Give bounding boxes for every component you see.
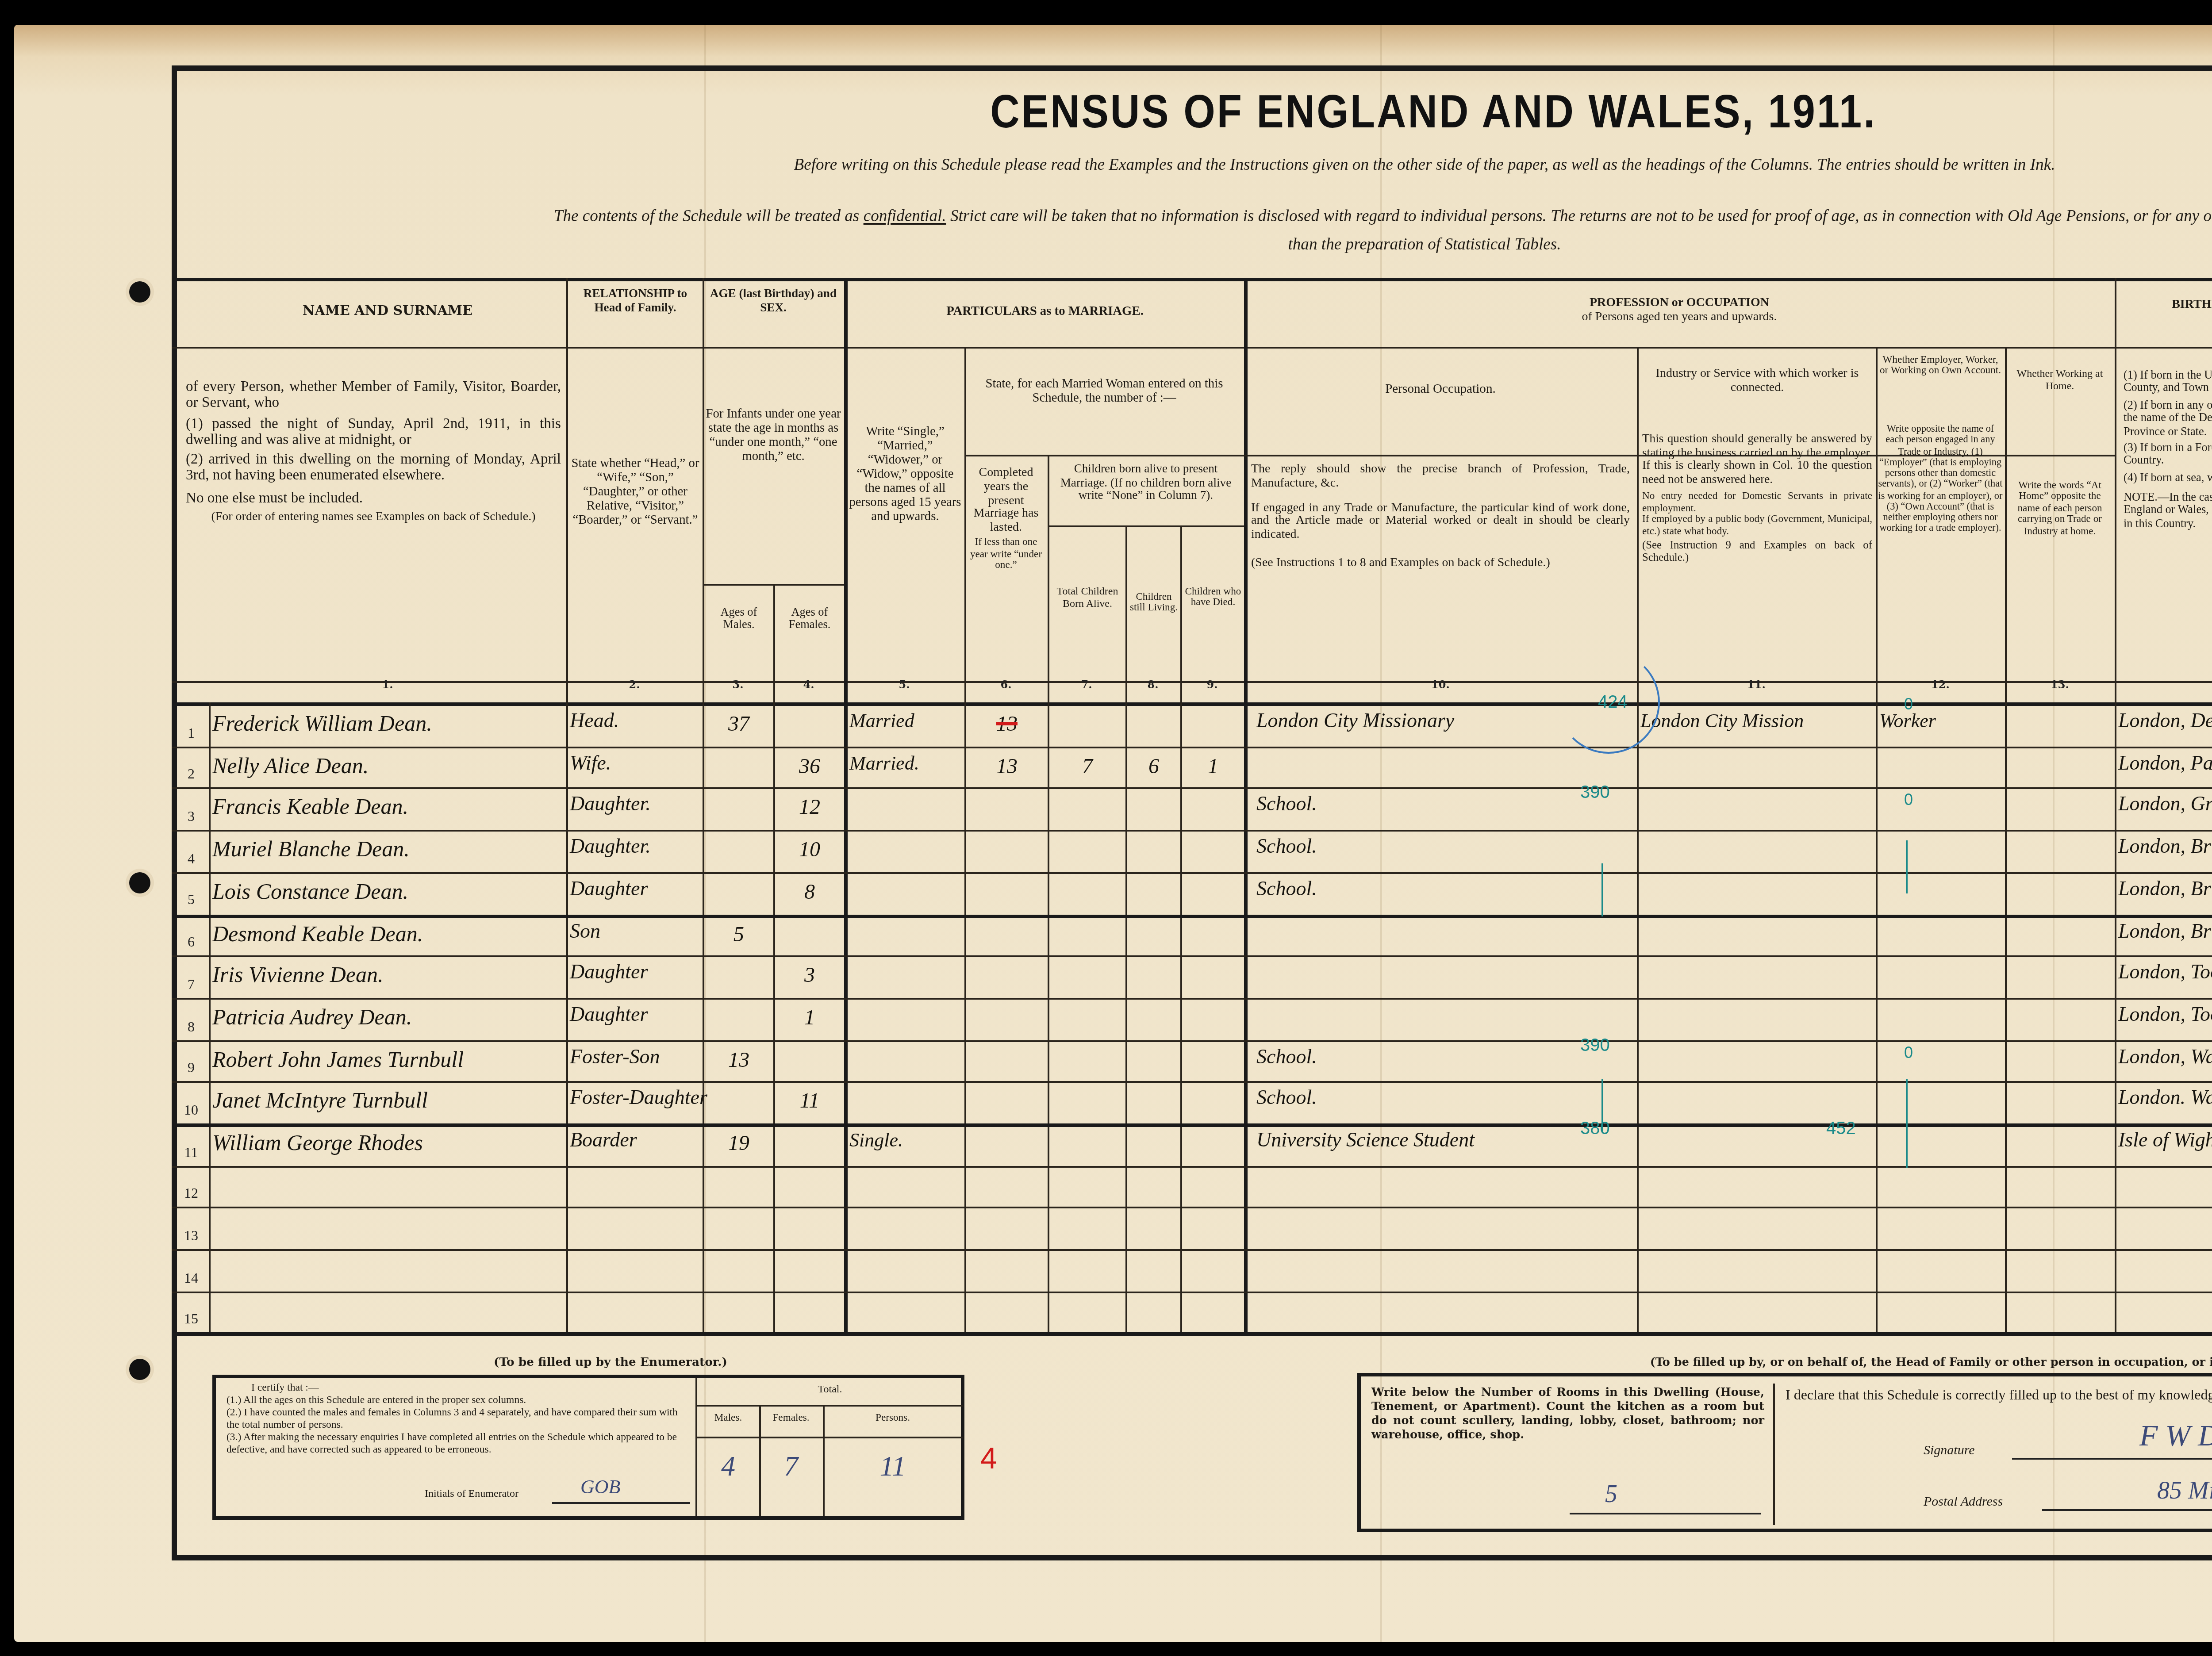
header-children-born: Total Children Born Alive. [1049,587,1125,611]
table-row[interactable]: 1Frederick William Dean.Head.37Married13… [0,704,2212,746]
header-name: NAME AND SURNAME [209,304,566,319]
occupation-code-annotation: 390 [1580,785,1610,804]
table-row[interactable]: 10Janet McIntyre TurnbullFoster-Daughter… [0,1081,2212,1123]
employment-code-annotation: 0 [1904,1043,1913,1061]
table-row[interactable]: 7Iris Vivienne Dean.Daughter3London, Too… [0,956,2212,998]
cell-age-female[interactable]: 8 [775,879,844,905]
age-subdivider [703,584,844,586]
table-row[interactable]: 9Robert John James TurnbullFoster-Son13S… [0,1039,2212,1081]
header-home-desc: Write the words “At Home” opposite the n… [2007,481,2113,539]
header-divider [172,347,2212,349]
table-row[interactable]: 11William George RhodesBoarder19Single.U… [0,1123,2212,1165]
occupation-code-annotation: 380 [1580,1120,1610,1139]
row-number: 4 [173,851,209,866]
col-number-8: 8. [1125,679,1180,692]
col-number-6: 6. [964,679,1048,692]
cell-relationship[interactable]: Wife. [570,753,704,774]
occupation-code-annotation: 390 [1580,1036,1610,1055]
row-number: 11 [173,1144,209,1160]
cell-industry[interactable]: London City Mission [1640,711,1874,732]
cell-age-female[interactable]: 12 [775,795,844,822]
cell-birthplace[interactable]: London, Tooting. [2118,1005,2212,1026]
header-birthplace: BIRTHPLACE of every person. [2116,299,2212,313]
instruction-line-2: The contents of the Schedule will be tre… [186,209,2212,226]
header-personal-desc: The reply should show the precise branch… [1251,464,1630,571]
head-of-family-box: Write below the Number of Rooms in this … [1357,1373,2212,1532]
header-birthplace-desc: (1) If born in the United Kingdom, write… [2124,370,2212,531]
blue-circle-mark [1557,651,1660,754]
signature-value[interactable]: F W Dean [2139,1419,2212,1454]
cell-relationship[interactable]: Daughter [570,879,704,900]
table-top-rule [172,278,2212,281]
cell-birthplace[interactable]: London, Tooting. [2118,963,2212,984]
cell-age-female[interactable]: 36 [775,753,844,780]
cell-children-living[interactable]: 6 [1127,753,1180,780]
row-number: 7 [173,977,209,993]
header-age-males: Ages of Males. [704,607,773,633]
cell-marital-condition[interactable]: Married [849,711,963,732]
header-marriage: PARTICULARS as to MARRIAGE. [846,304,1244,318]
confidential-emphasis: confidential. [864,209,946,226]
cell-age-female[interactable]: 1 [775,1005,844,1031]
cell-name[interactable]: Frederick William Dean. [212,711,566,738]
table-row[interactable]: 3Francis Keable Dean.Daughter.12School.L… [0,788,2212,830]
cell-marital-condition[interactable]: Married. [849,753,963,774]
employment-code-annotation: 0 [1904,695,1913,713]
cell-relationship[interactable]: Son [570,921,704,942]
header-occupation: PROFESSION or OCCUPATION of Persons aged… [1246,297,2113,325]
total-females-label: Females. [759,1414,823,1426]
cell-personal-occupation[interactable]: School. [1249,837,1642,858]
cell-age-male[interactable]: 19 [704,1131,773,1157]
cell-relationship[interactable]: Head. [570,711,704,732]
header-industry-desc: This question should generally be answer… [1642,433,1872,567]
married-woman-subdivider [964,455,1244,456]
page-title: CENSUS OF ENGLAND AND WALES, 1911. [779,85,2088,140]
cell-name[interactable]: William George Rhodes [212,1131,566,1157]
row-number: 9 [173,1060,209,1076]
col-number-9: 9. [1180,679,1244,692]
total-persons-label: Persons. [823,1414,963,1426]
header-name-desc: of every Person, whether Member of Famil… [186,379,561,525]
col-number-2: 2. [566,679,703,692]
rooms-value[interactable]: 5 [1605,1483,1617,1511]
table-row[interactable]: 12 [0,1165,2212,1207]
cell-name[interactable]: Robert John James Turnbull [212,1046,566,1073]
header-industry: Industry or Service with which worker is… [1640,368,1874,396]
ditto-stroke [1906,840,1908,893]
col-number-1: 1. [209,679,566,692]
col-number-13: 13. [2005,679,2115,692]
row-number: 14 [173,1270,209,1286]
total-males-value[interactable]: 4 [697,1453,759,1484]
cell-relationship[interactable]: Daughter. [570,837,704,858]
cell-name[interactable]: Patricia Audrey Dean. [212,1005,566,1031]
table-row[interactable]: 5Lois Constance Dean.Daughter8School.Lon… [0,872,2212,914]
header-personal-occupation: Personal Occupation. [1248,382,1633,397]
ditto-stroke [1601,1079,1603,1132]
census-schedule-page: CENSUS OF ENGLAND AND WALES, 1911. Befor… [0,0,2212,1656]
ditto-stroke [1906,1132,1908,1168]
table-row[interactable]: 13 [0,1207,2212,1250]
col-number-3: 3. [703,679,773,692]
signature-label: Signature [1924,1442,1975,1458]
row-number: 10 [173,1102,209,1118]
total-males-label: Males. [697,1414,759,1426]
postal-address-label: Postal Address [1924,1493,2003,1509]
header-relationship-desc: State whether “Head,” or “Wife,” “Son,” … [570,456,701,528]
signature-line [2012,1458,2212,1460]
row-number: 5 [173,893,209,908]
cell-age-male[interactable]: 13 [704,1046,773,1073]
total-label: Total. [697,1385,963,1398]
cell-marriage-years[interactable]: 13 [966,711,1048,738]
header-children-died: Children who have Died. [1182,587,1244,610]
table-row[interactable]: 2Nelly Alice Dean.Wife.36Married.13761Lo… [0,746,2212,788]
cell-birthplace[interactable]: London, Paddington. [2118,753,2212,774]
binding-hole-icon [129,1359,150,1380]
header-age-females: Ages of Females. [775,607,844,633]
header-employer: Whether Employer, Worker, or Working on … [1878,356,2003,379]
binding-hole-icon [129,281,150,303]
header-children-living: Children still Living. [1127,593,1180,616]
enumerator-certify: I certify that :— (1.) All the ages on t… [227,1384,687,1459]
row-number: 15 [173,1312,209,1328]
header-married-woman: State, for each Married Woman entered on… [968,377,1240,406]
cell-relationship[interactable]: Daughter. [570,795,704,816]
row-number: 1 [173,725,209,741]
enumerator-initials-value[interactable]: GOB [580,1477,620,1499]
table-row[interactable]: 4Muriel Blanche Dean.Daughter.10School.L… [0,830,2212,872]
cell-relationship[interactable]: Foster-Son [570,1046,704,1068]
cell-name[interactable]: Nelly Alice Dean. [212,753,566,780]
cell-marriage-years[interactable]: 13 [966,753,1048,780]
employment-code-annotation: 0 [1904,792,1913,809]
table-row[interactable]: 6Desmond Keable Dean.Son5London, Brixton… [0,914,2212,956]
cell-relationship[interactable]: Foster-Daughter [570,1089,704,1110]
cell-employment-status[interactable]: Worker [1879,711,2003,732]
cell-age-male[interactable]: 37 [704,711,773,738]
cell-birthplace[interactable]: London, Brixton. [2118,879,2212,900]
col-number-12: 12. [1876,679,2005,692]
total-divider [697,1437,963,1438]
header-marriage-years: Completed years the present Marriage has… [966,467,1046,572]
postal-address-value[interactable]: 85 Mildmay Grove [2157,1479,2212,1507]
declaration-text: I declare that this Schedule is correctl… [1786,1387,2212,1404]
cell-age-female[interactable]: 11 [775,1089,844,1115]
cell-name[interactable]: Janet McIntyre Turnbull [212,1089,566,1115]
children-subdivider [1048,525,1244,527]
table-row[interactable]: 15 [0,1291,2212,1333]
table-row[interactable]: 8Patricia Audrey Dean.Daughter1London, T… [0,998,2212,1040]
cell-birthplace[interactable]: Isle of Wight. Ryde. [2118,1131,2212,1152]
table-row[interactable]: 14 [0,1249,2212,1291]
header-age-desc: For Infants under one year state the age… [704,407,842,464]
enumerator-heading: (To be filled up by the Enumerator.) [407,1355,814,1370]
col-number-5: 5. [844,679,964,692]
rooms-instruction: Write below the Number of Rooms in this … [1371,1385,1764,1442]
row-number: 6 [173,935,209,951]
row-number: 13 [173,1228,209,1244]
header-age: AGE (last Birthday) and SEX. [704,288,842,315]
total-females-value[interactable]: 7 [759,1453,823,1484]
industry-code-annotation: 452 [1826,1120,1856,1139]
postal-address-line [2042,1509,2212,1511]
cell-personal-occupation[interactable]: School. [1249,879,1642,900]
cell-relationship[interactable]: Daughter [570,1005,704,1026]
header-children: Children born alive to present Marriage.… [1049,464,1242,504]
row-number: 8 [173,1018,209,1034]
row-number: 2 [173,767,209,783]
red-check-mark: 4 [980,1442,997,1477]
cell-children-died[interactable]: 1 [1182,753,1244,780]
cell-name[interactable]: Desmond Keable Dean. [212,921,566,947]
cell-marital-condition[interactable]: Single. [849,1131,963,1152]
enumerator-divider [695,1378,697,1516]
cell-age-female[interactable]: 3 [775,963,844,989]
col-number-14: 14 [2115,679,2212,692]
header-relationship: RELATIONSHIP to Head of Family. [570,288,701,315]
instruction-line-1: Before writing on this Schedule please r… [460,157,2212,175]
enumerator-initials-label: Initials of Enumerator [425,1490,518,1503]
cell-birthplace[interactable]: London, Brixton. [2118,837,2212,858]
cell-children-born[interactable]: 7 [1049,753,1125,780]
cell-birthplace[interactable]: London, Greenwich. [2118,795,2212,816]
cell-personal-occupation[interactable]: School. [1249,1089,1642,1110]
initials-underline [552,1502,690,1504]
header-home: Whether Working at Home. [2007,370,2113,394]
head-of-family-heading: (To be filled up by, or on behalf of, th… [1451,1355,2212,1369]
cell-birthplace[interactable]: London, Brixton. [2118,921,2212,942]
cell-name[interactable]: Muriel Blanche Dean. [212,837,566,863]
cell-birthplace[interactable]: London, Wandsworth [2118,1046,2212,1068]
ditto-stroke [1601,863,1603,916]
cell-relationship[interactable]: Daughter [570,963,704,984]
head-box-divider [1773,1384,1775,1525]
enumerator-box: I certify that :— (1.) All the ages on t… [212,1375,964,1520]
instruction-line-3: than the preparation of Statistical Tabl… [186,237,2212,255]
cell-name[interactable]: Francis Keable Dean. [212,795,566,822]
rooms-underline [1570,1513,1761,1514]
header-employer-desc: Write opposite the name of each person e… [1878,425,2003,535]
row-number: 12 [173,1186,209,1202]
total-persons-value[interactable]: 11 [823,1453,963,1484]
cell-name[interactable]: Lois Constance Dean. [212,879,566,905]
header-marriage-condition: Write “Single,” “Married,” “Widower,” or… [848,425,963,525]
cell-relationship[interactable]: Boarder [570,1131,704,1152]
col-number-4: 4. [773,679,844,692]
total-divider [697,1405,963,1407]
cell-birthplace[interactable]: London. Wandsworth [2118,1089,2212,1110]
cell-birthplace[interactable]: London, Deptford. [2118,711,2212,732]
cell-name[interactable]: Iris Vivienne Dean. [212,963,566,989]
row-number: 3 [173,809,209,824]
col-number-11: 11. [1637,679,1876,692]
cell-age-female[interactable]: 10 [775,837,844,863]
col-number-7: 7. [1048,679,1125,692]
cell-age-male[interactable]: 5 [704,921,773,947]
